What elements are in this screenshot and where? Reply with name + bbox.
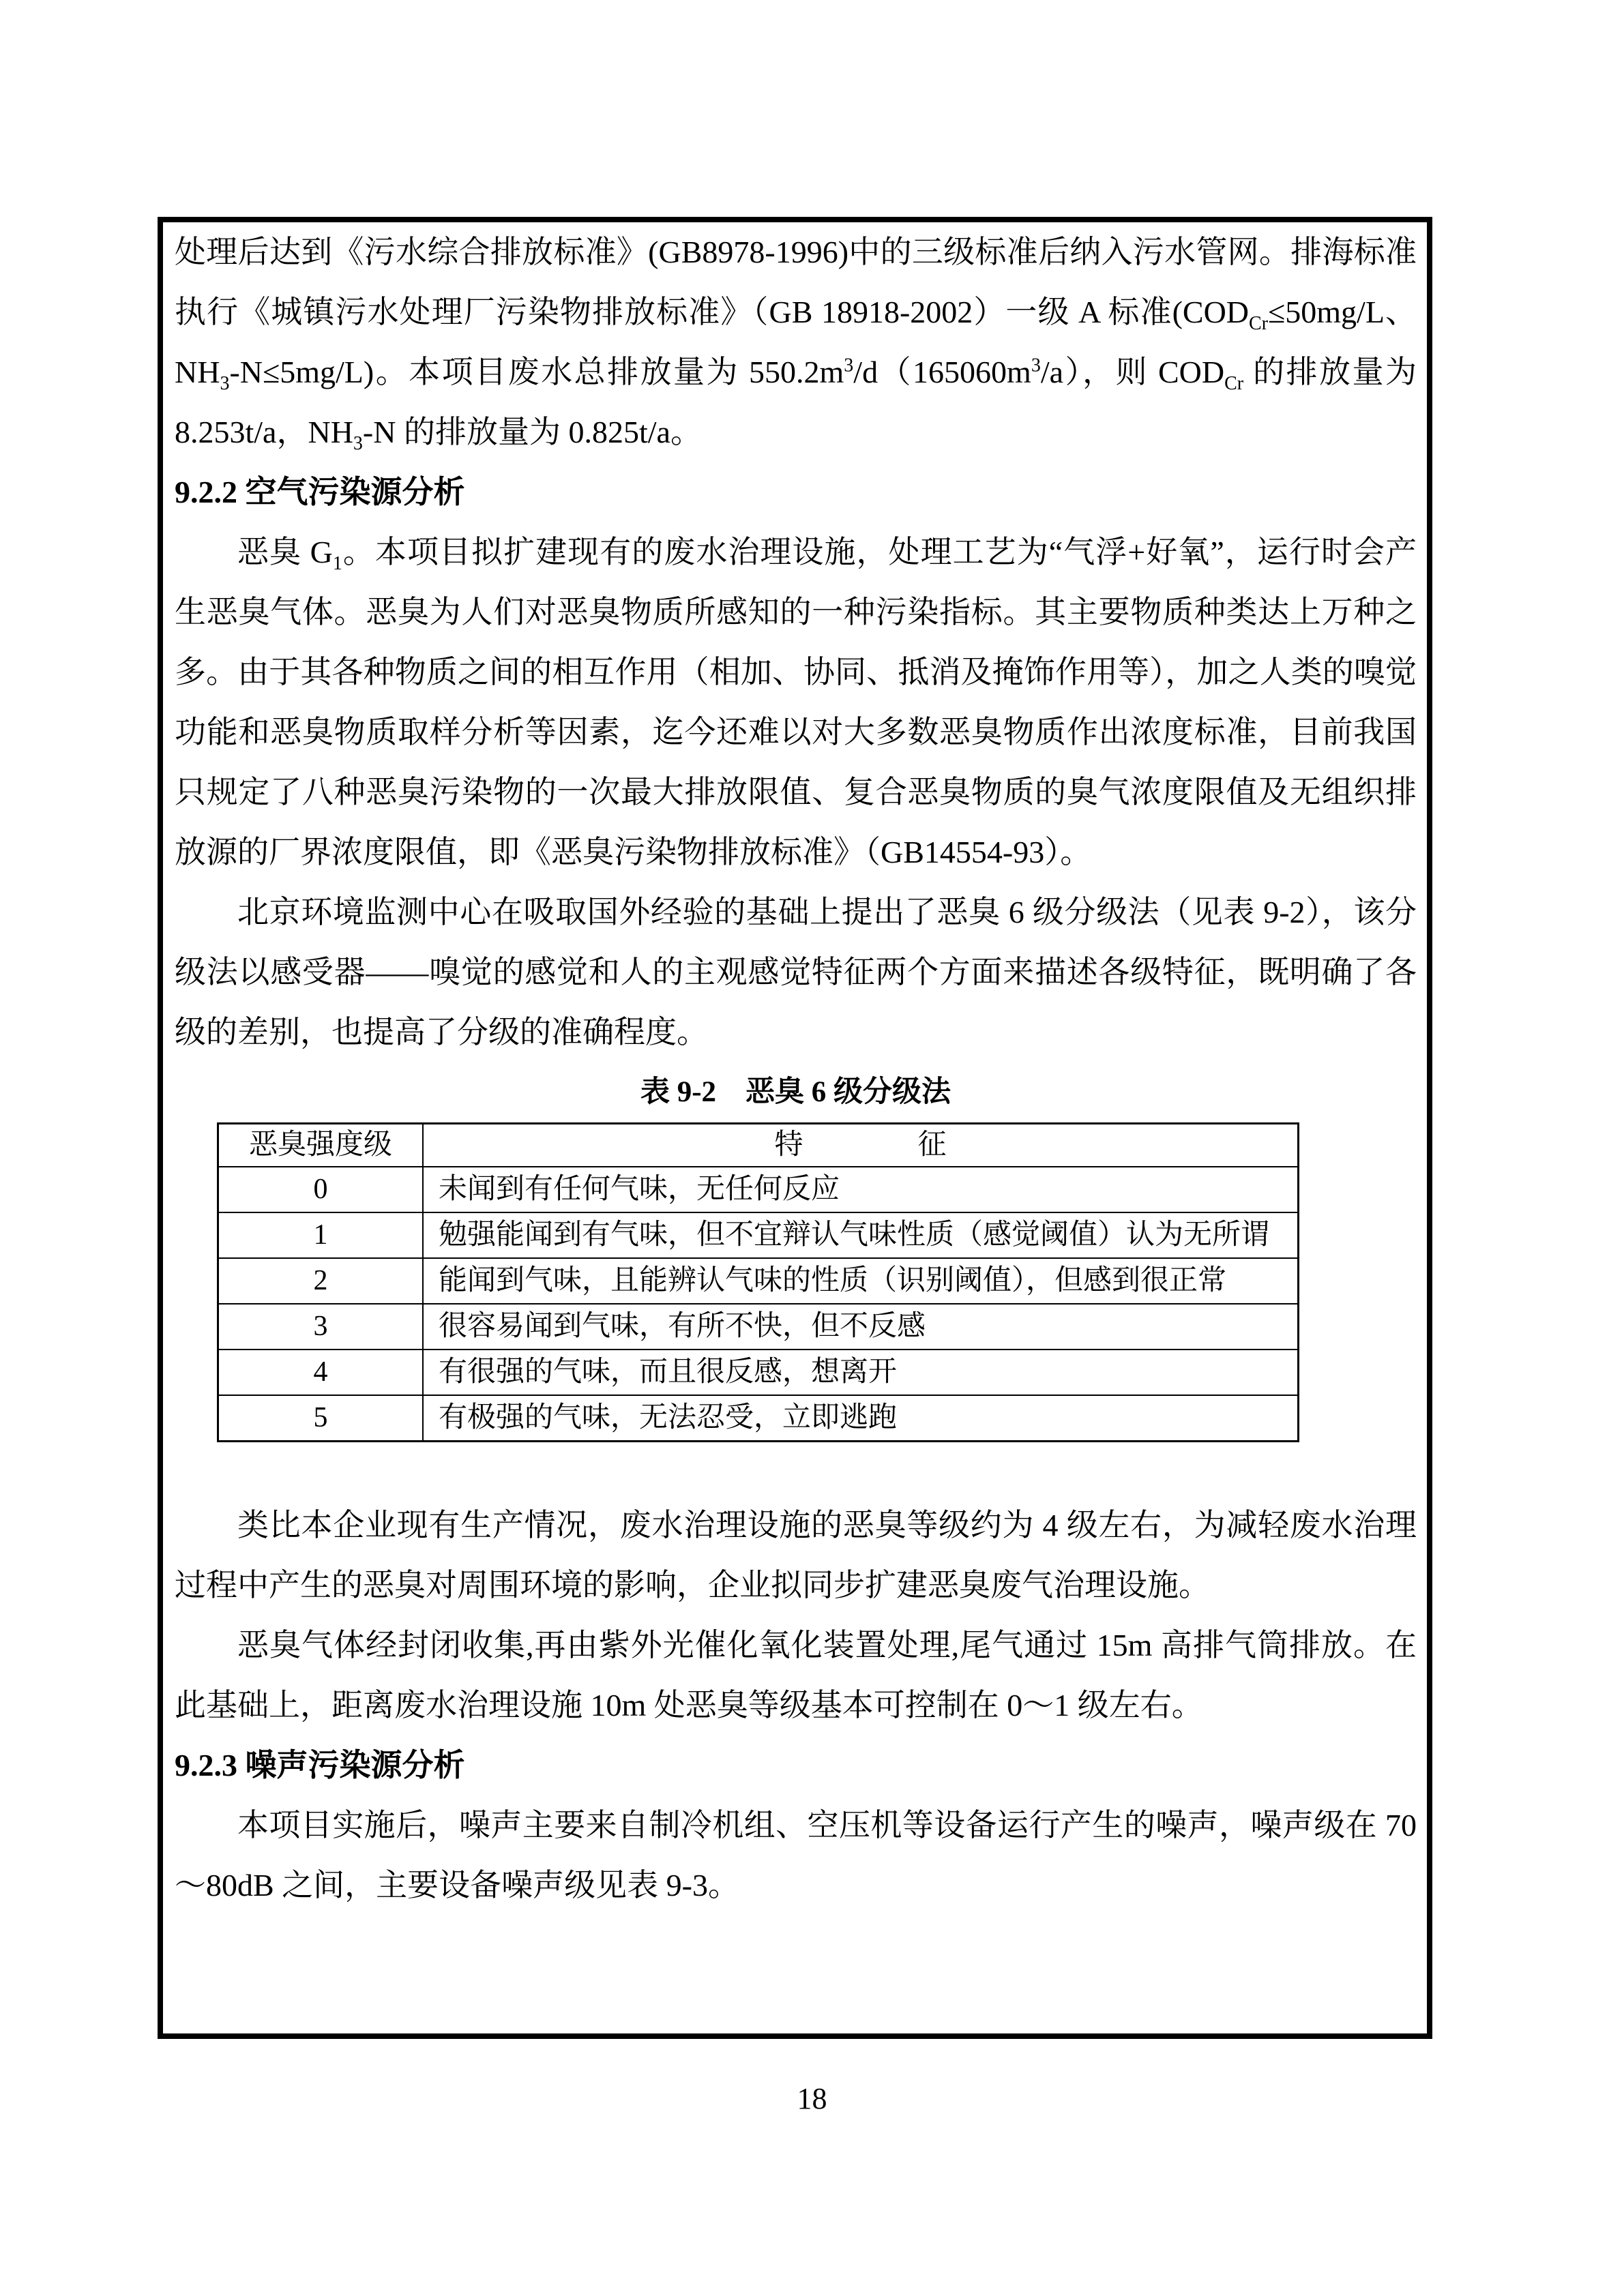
heading-9-2-3: 9.2.3 噪声污染源分析 [175,1735,1417,1795]
document-body: 处理后达到《污水综合排放标准》(GB8978-1996)中的三级标准后纳入污水管… [175,222,1417,1915]
odor-table-header: 恶臭强度级 特 征 [218,1124,1299,1167]
odor-feature-cell: 有极强的气味，无法忍受，立即逃跑 [423,1395,1299,1442]
subscript-3: 3 [220,373,229,394]
odor-level-cell: 5 [218,1395,424,1442]
text-run: /d（165060m [853,355,1031,389]
odor-level-cell: 2 [218,1258,424,1304]
superscript-3: 3 [1031,355,1041,376]
subscript-1: 1 [333,553,342,574]
text-run: 。本项目拟扩建现有的废水治理设施，处理工艺为“气浮+好氧”，运行时会产生恶臭气体… [175,535,1417,869]
para-odor-treatment: 恶臭气体经封闭收集,再由紫外光催化氧化装置处理,尾气通过 15m 高排气筒排放。… [175,1615,1417,1735]
odor-feature-cell: 很容易闻到气味，有所不快，但不反感 [423,1304,1299,1350]
table-row: 5 有极强的气味，无法忍受，立即逃跑 [218,1395,1299,1442]
odor-table-body: 0 未闻到有任何气味，无任何反应 1 勉强能闻到有气味，但不宜辩认气味性质（感觉… [218,1167,1299,1442]
table-caption: 表 9-2 恶臭 6 级分级法 [175,1062,1417,1122]
odor-level-cell: 1 [218,1212,424,1258]
text-run: 恶臭 G [237,535,333,569]
subscript-cr: Cr [1249,313,1268,334]
para-analogy-grade: 类比本企业现有生产情况，废水治理设施的恶臭等级约为 4 级左右，为减轻废水治理过… [175,1495,1417,1615]
subscript-3: 3 [353,433,363,454]
document-frame: 处理后达到《污水综合排放标准》(GB8978-1996)中的三级标准后纳入污水管… [158,217,1432,2039]
odor-feature-cell: 能闻到气味，且能辨认气味的性质（识别阈值），但感到很正常 [423,1258,1299,1304]
para-noise-source: 本项目实施后，噪声主要来自制冷机组、空压机等设备运行产生的噪声，噪声级在 70～… [175,1795,1417,1915]
odor-grading-table: 恶臭强度级 特 征 0 未闻到有任何气味，无任何反应 1 勉强能闻到有气味，但不… [217,1122,1299,1442]
table-row: 4 有很强的气味，而且很反感，想离开 [218,1350,1299,1395]
subscript-cr: Cr [1224,373,1243,394]
text-run: 处理后达到《污水综合排放标准》(GB8978-1996)中的三级标准后纳入污水管… [175,235,1417,329]
para-odor-source: 恶臭 G1。本项目拟扩建现有的废水治理设施，处理工艺为“气浮+好氧”，运行时会产… [175,522,1417,882]
table-row: 1 勉强能闻到有气味，但不宜辩认气味性质（感觉阈值）认为无所谓 [218,1212,1299,1258]
odor-level-header-cell: 恶臭强度级 [218,1124,424,1167]
table-header-row: 恶臭强度级 特 征 [218,1124,1299,1167]
odor-level-cell: 0 [218,1167,424,1212]
odor-feature-cell: 有很强的气味，而且很反感，想离开 [423,1350,1299,1395]
superscript-3: 3 [844,355,853,376]
odor-feature-cell: 勉强能闻到有气味，但不宜辩认气味性质（感觉阈值）认为无所谓 [423,1212,1299,1258]
odor-feature-cell: 未闻到有任何气味，无任何反应 [423,1167,1299,1212]
table-row: 2 能闻到气味，且能辨认气味的性质（识别阈值），但感到很正常 [218,1258,1299,1304]
odor-level-cell: 4 [218,1350,424,1395]
para-discharge-standards: 处理后达到《污水综合排放标准》(GB8978-1996)中的三级标准后纳入污水管… [175,222,1417,462]
text-run: /a），则 COD [1041,355,1224,389]
odor-level-cell: 3 [218,1304,424,1350]
page-number: 18 [0,2081,1624,2116]
table-row: 3 很容易闻到气味，有所不快，但不反感 [218,1304,1299,1350]
heading-9-2-2: 9.2.2 空气污染源分析 [175,462,1417,522]
text-run: -N≤5mg/L)。本项目废水总排放量为 550.2m [229,355,844,389]
para-beijing-grading: 北京环境监测中心在吸取国外经验的基础上提出了恶臭 6 级分级法（见表 9-2），… [175,882,1417,1062]
table-row: 0 未闻到有任何气味，无任何反应 [218,1167,1299,1212]
text-run: -N 的排放量为 0.825t/a。 [363,415,702,449]
odor-feature-header-cell: 特 征 [423,1124,1299,1167]
